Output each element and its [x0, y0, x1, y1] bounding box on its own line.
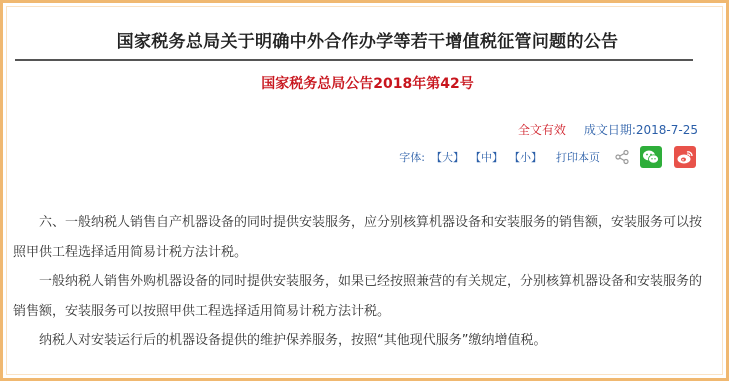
font-medium-link[interactable]: 【中】: [470, 149, 503, 165]
paragraph-1: 六、一般纳税人销售自产机器设备的同时提供安装服务，应分别核算机器设备和安装服务的…: [13, 208, 703, 267]
paragraph-3: 纳税人对安装运行后的机器设备提供的维护保养服务，按照“其他现代服务”缴纳增值税。: [13, 326, 703, 356]
print-page-link[interactable]: 打印本页: [556, 149, 600, 165]
font-small-link[interactable]: 【小】: [509, 149, 542, 165]
validity-status: 全文有效: [518, 121, 566, 138]
title-divider: [15, 59, 693, 61]
font-large-link[interactable]: 【大】: [431, 149, 464, 165]
paragraph-2: 一般纳税人销售外购机器设备的同时提供安装服务，如果已经按照兼营的有关规定，分别核…: [13, 267, 703, 326]
document-date: 成文日期:2018-7-25: [584, 121, 698, 138]
wechat-icon[interactable]: [640, 146, 662, 168]
share-icon[interactable]: [614, 149, 630, 165]
document-number: 国家税务总局公告2018年第42号: [3, 73, 729, 93]
font-size-label: 字体:: [399, 149, 425, 165]
document-title: 国家税务总局关于明确中外合作办学等若干增值税征管问题的公告: [3, 27, 729, 52]
weibo-icon[interactable]: [674, 146, 696, 168]
document-meta: 全文有效 成文日期:2018-7-25: [518, 121, 698, 138]
document-toolbar: 字体: 【大】 【中】 【小】 打印本页: [399, 146, 696, 168]
document-body: 六、一般纳税人销售自产机器设备的同时提供安装服务，应分别核算机器设备和安装服务的…: [13, 208, 703, 356]
page-frame: 国家税务总局关于明确中外合作办学等若干增值税征管问题的公告 国家税务总局公告20…: [0, 0, 729, 381]
